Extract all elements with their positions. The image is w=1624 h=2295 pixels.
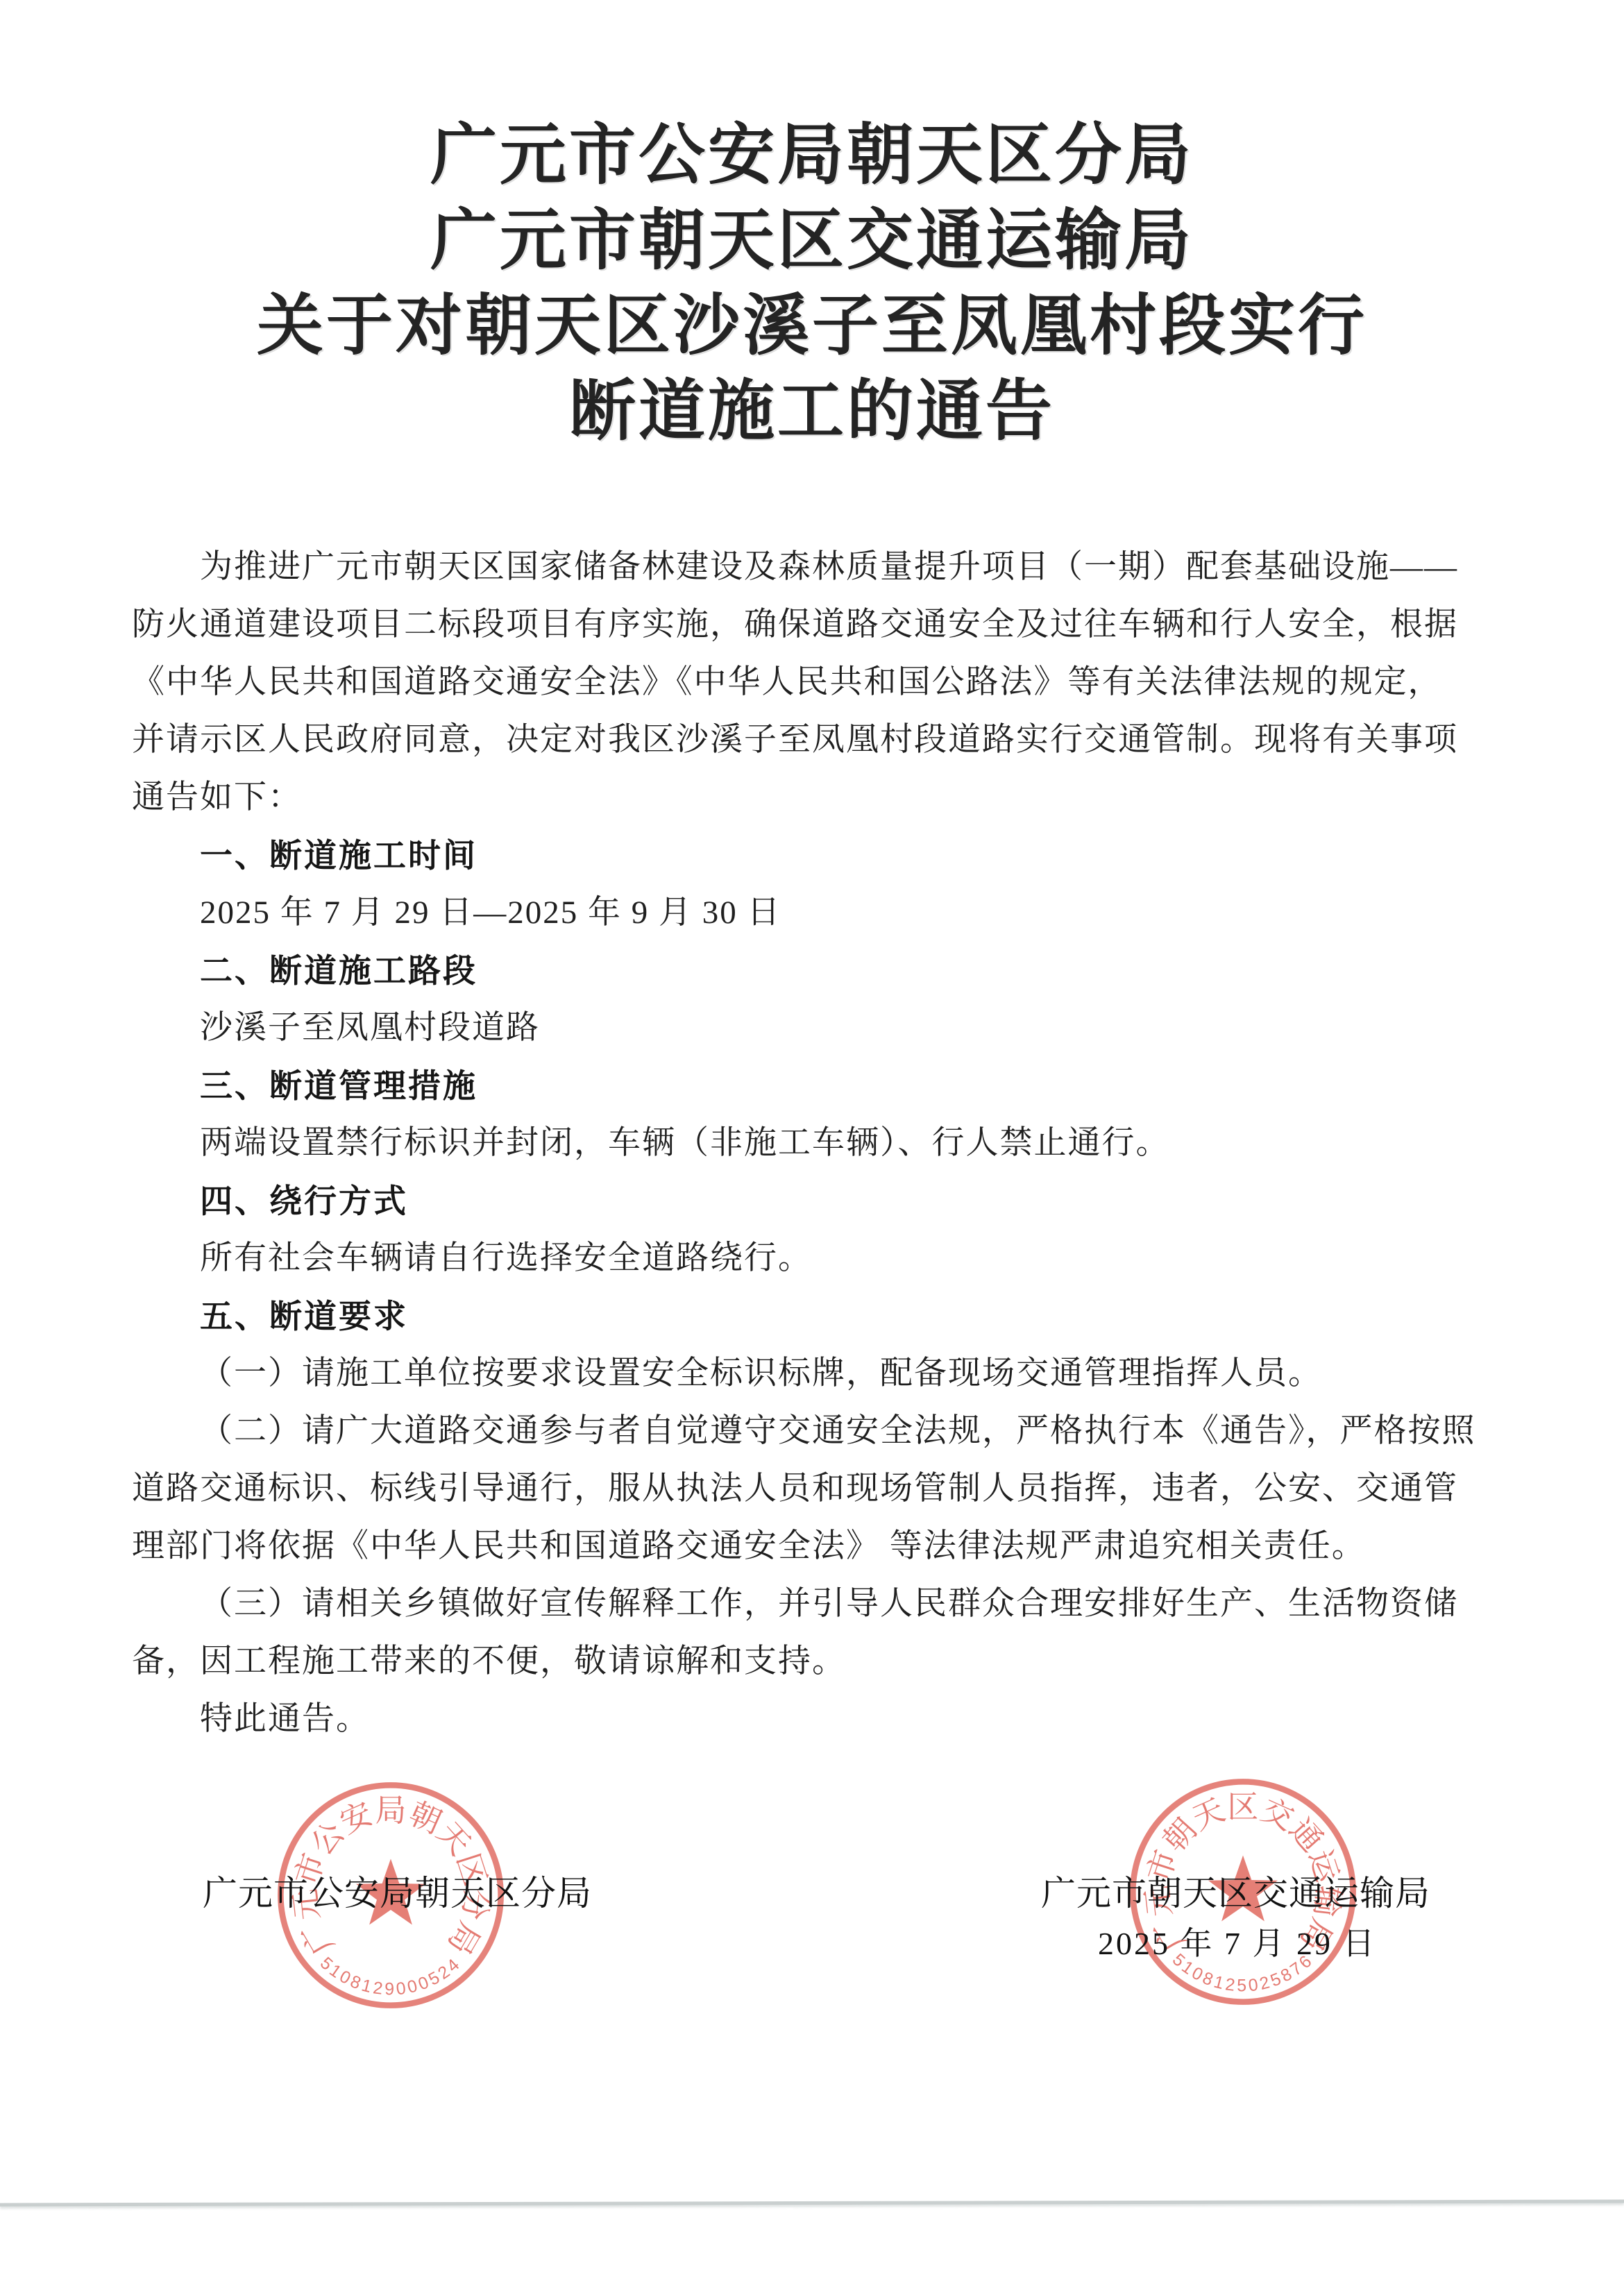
body-line: 《中华人民共和国道路交通安全法》《中华人民共和国公路法》等有关法律法规的规定， xyxy=(132,654,1509,711)
section-heading-5: 五、断道要求 xyxy=(132,1287,1509,1345)
body-line: 2025 年 7 月 29 日—2025 年 9 月 30 日 xyxy=(132,884,1509,942)
body-line: 备，因工程施工带来的不便，敬请谅解和支持。 xyxy=(132,1633,1509,1691)
body-line: （一）请施工单位按要求设置安全标识标牌，配备现场交通管理指挥人员。 xyxy=(132,1345,1509,1403)
signature-date: 2025 年 7 月 29 日 xyxy=(1098,1918,1377,1964)
document-title: 广元市公安局朝天区分局 广元市朝天区交通运输局 关于对朝天区沙溪子至凤凰村段实行… xyxy=(0,112,1624,454)
section-heading-4: 四、绕行方式 xyxy=(132,1172,1509,1230)
body-line: 为推进广元市朝天区国家储备林建设及森林质量提升项目（一期）配套基础设施—— xyxy=(132,539,1509,596)
scan-artifact-line xyxy=(0,2200,1624,2207)
scanned-notice-document: 广元市公安局朝天区分局 广元市朝天区交通运输局 关于对朝天区沙溪子至凤凰村段实行… xyxy=(0,0,1624,2295)
title-line-1: 广元市公安局朝天区分局 xyxy=(0,112,1624,198)
body-line: 防火通道建设项目二标段项目有序实施，确保道路交通安全及过往车辆和行人安全，根据 xyxy=(132,596,1509,654)
section-heading-3: 三、断道管理措施 xyxy=(132,1057,1509,1115)
title-line-4: 断道施工的通告 xyxy=(0,369,1624,454)
body-line: 沙溪子至凤凰村段道路 xyxy=(132,999,1509,1057)
body-line: （三）请相关乡镇做好宣传解释工作，并引导人民群众合理安排好生产、生活物资储 xyxy=(132,1575,1509,1633)
body-line: 理部门将依据《中华人民共和国道路交通安全法》 等法律法规严肃追究相关责任。 xyxy=(132,1518,1509,1575)
body-line: （二）请广大道路交通参与者自觉遵守交通安全法规，严格执行本《通告》，严格按照 xyxy=(132,1403,1509,1460)
body-line: 通告如下： xyxy=(132,769,1509,827)
body-line: 所有社会车辆请自行选择安全道路绕行。 xyxy=(132,1230,1509,1287)
document-body: 为推进广元市朝天区国家储备林建设及森林质量提升项目（一期）配套基础设施—— 防火… xyxy=(132,539,1509,1748)
body-line: 特此通告。 xyxy=(132,1691,1509,1748)
signature-right-agency: 广元市朝天区交通运输局 xyxy=(1041,1865,1430,1915)
section-heading-2: 二、断道施工路段 xyxy=(132,942,1509,999)
title-line-3: 关于对朝天区沙溪子至凤凰村段实行 xyxy=(0,283,1624,369)
body-line: 并请示区人民政府同意，决定对我区沙溪子至凤凰村段道路实行交通管制。现将有关事项 xyxy=(132,711,1509,769)
title-line-2: 广元市朝天区交通运输局 xyxy=(0,198,1624,283)
section-heading-1: 一、断道施工时间 xyxy=(132,827,1509,884)
body-line: 道路交通标识、标线引导通行，服从执法人员和现场管制人员指挥，违者，公安、交通管 xyxy=(132,1460,1509,1518)
body-line: 两端设置禁行标识并封闭，车辆（非施工车辆）、行人禁止通行。 xyxy=(132,1115,1509,1172)
signature-left-agency: 广元市公安局朝天区分局 xyxy=(203,1865,592,1915)
